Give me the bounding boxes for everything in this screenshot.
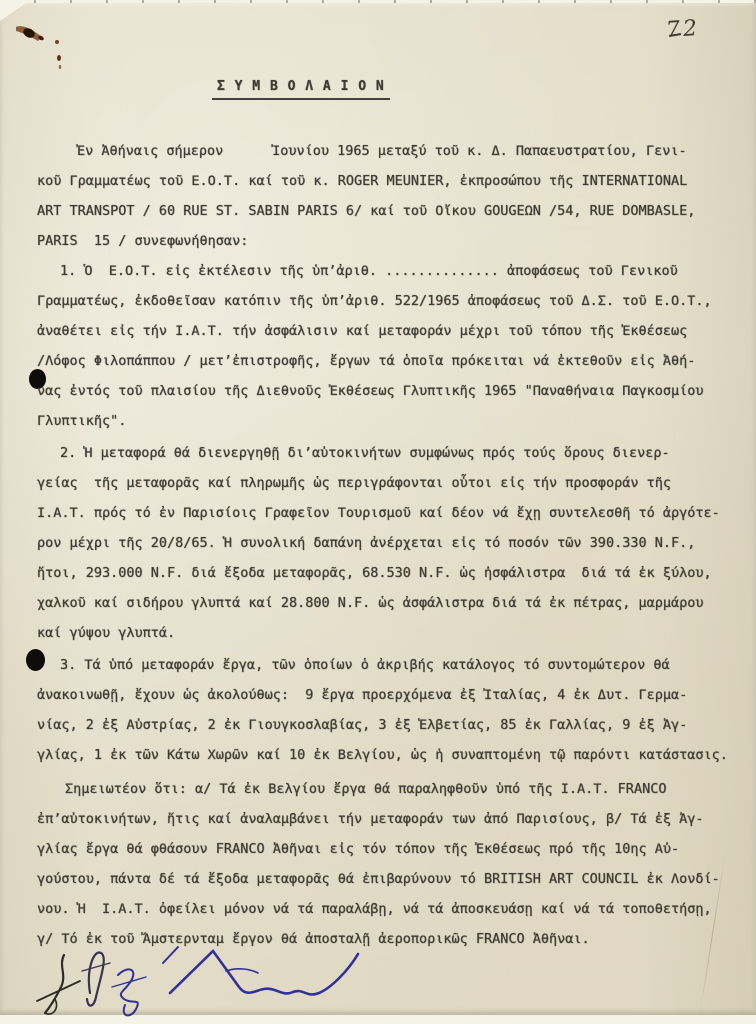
text-line: Γραμματέως, ἐκδοθεῖσαν κατόπιν τῆς ὑπ’ἀρ…: [37, 286, 730, 316]
text-line: Γλυπτικῆς".: [37, 406, 730, 436]
text-line: /Λόφος Φιλοπάππου / μετ’ἐπιστροφῆς, ἔργω…: [37, 346, 730, 376]
text-line: γούστου, πάντα δέ τά ἔξοδα μεταφορᾶς θά …: [37, 864, 730, 894]
text-line: χαλκοῦ καί σιδήρου γλυπτά καί 28.800 N.F…: [37, 588, 730, 618]
text-line: γείας τῆς μεταφορᾶς καί πληρωμῆς ὡς περι…: [37, 468, 730, 498]
paragraph-notes: Σημειωτέον ὅτι: α/ Τά ἐκ Βελγίου ἔργα θά…: [37, 774, 730, 954]
text-line: Σημειωτέον ὅτι: α/ Τά ἐκ Βελγίου ἔργα θά…: [37, 774, 730, 804]
paragraph-clause-2: 2. Ἡ μεταφορά θά διενεργηθῇ δι’αὐτοκινήτ…: [37, 438, 730, 648]
scan-edge-ticks: [0, 0, 756, 3]
signatures-ink: [30, 941, 370, 1023]
text-line: 2. Ἡ μεταφορά θά διενεργηθῇ δι’αὐτοκινήτ…: [37, 438, 730, 468]
text-line: γλίας, 1 ἐκ τῶν Κάτω Χωρῶν καί 10 ἐκ Βελ…: [37, 740, 730, 770]
text-line: νου. Ἡ Ι.Α.Τ. ὀφείλει μόνον νά τά παραλά…: [37, 894, 730, 924]
text-line: ἐπ’αὐτοκινήτων, ἥτις καί ἀναλαμβάνει τήν…: [37, 804, 730, 834]
text-line: ART TRANSPOT / 60 RUE ST. SABIN PARIS 6/…: [37, 196, 730, 226]
paragraph-preamble: Ἐν Ἀθήναις σήμερον Ἰουνίου 1965 μεταξύ τ…: [37, 136, 730, 256]
text-line: Ἐν Ἀθήναις σήμερον Ἰουνίου 1965 μεταξύ τ…: [37, 136, 730, 166]
text-line: ρον μέχρι τῆς 20/8/65. Ἡ συνολική δαπάνη…: [37, 528, 730, 558]
document-title: Σ Υ Μ Β Ο Λ Α Ι Ο Ν: [212, 79, 390, 100]
text-line: Ι.Α.Τ. πρός τό ἐν Παρισίοις Γραφεῖον Του…: [37, 498, 730, 528]
text-line: ἤτοι, 293.000 N.F. διά ἔξοδα μεταφορᾶς, …: [37, 558, 730, 588]
text-line: κοῦ Γραμματέως τοῦ Ε.Ο.Τ. καί τοῦ κ. ROG…: [37, 166, 730, 196]
text-line: 3. Τά ὑπό μεταφοράν ἔργα, τῶν ὁποίων ὁ ἀ…: [37, 650, 730, 680]
text-line: νίας, 2 ἐξ Αὐστρίας, 2 ἐκ Γιουγκοσλαβίας…: [37, 710, 730, 740]
text-line: 1. Ὁ Ε.Ο.Τ. εἰς ἐκτέλεσιν τῆς ὑπ’ἀριθ. .…: [37, 256, 730, 286]
page-number: 72: [665, 16, 701, 43]
text-line: ἀναθέτει εἰς τήν Ι.Α.Τ. τήν ἀσφάλισιν κα…: [37, 316, 730, 346]
text-line: γλίας ἔργα θά φθάσουν FRANCO Ἀθῆναι εἰς …: [37, 834, 730, 864]
paragraph-clause-1: 1. Ὁ Ε.Ο.Τ. εἰς ἐκτέλεσιν τῆς ὑπ’ἀριθ. .…: [37, 256, 730, 436]
document-page: 72 Σ Υ Μ Β Ο Λ Α Ι Ο Ν Ἐν Ἀθήναις σήμερο…: [0, 3, 756, 1015]
text-line: PARIS 15 / συνεφωνήθησαν:: [37, 226, 730, 256]
text-line: ἀνακοινωθῇ, ἔχουν ὡς ἀκολούθως: 9 ἔργα π…: [37, 680, 730, 710]
contract-body: Ἐν Ἀθήναις σήμερον Ἰουνίου 1965 μεταξύ τ…: [37, 136, 730, 954]
text-line: νας ἐντός τοῦ πλαισίου τῆς Διεθνοῦς Ἐκθέ…: [37, 376, 730, 406]
paragraph-clause-3: 3. Τά ὑπό μεταφοράν ἔργα, τῶν ὁποίων ὁ ἀ…: [37, 650, 730, 770]
rust-stain: [12, 15, 72, 75]
text-line: καί γύψου γλυπτά.: [37, 618, 730, 648]
